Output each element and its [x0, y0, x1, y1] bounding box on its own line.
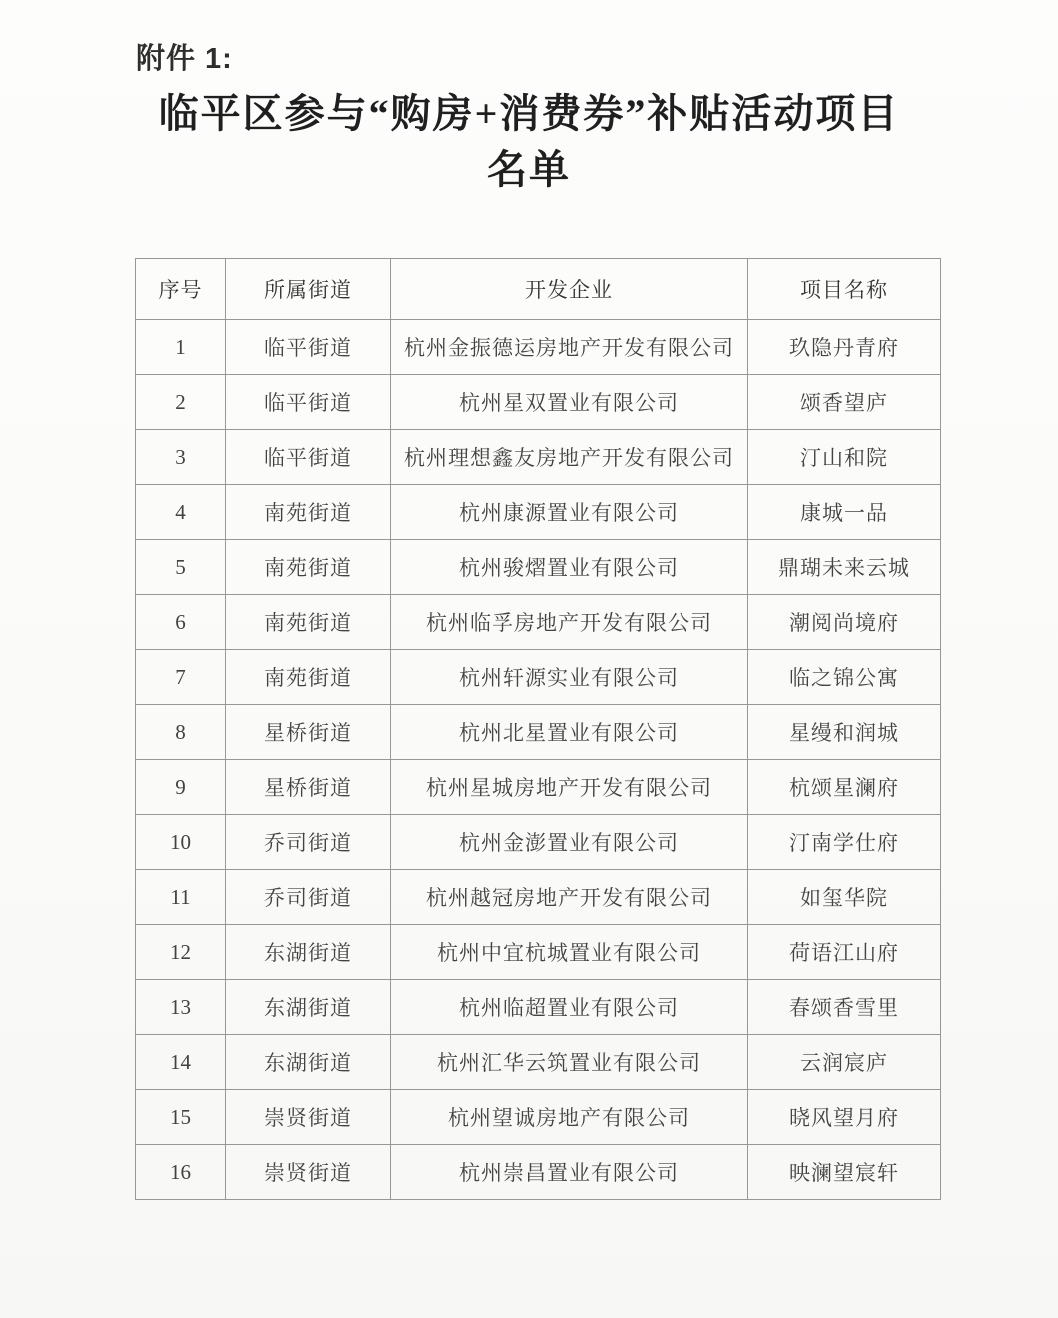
document-title-line1: 临平区参与“购房+消费券”补贴活动项目 — [159, 91, 900, 136]
cell-developer: 杭州轩源实业有限公司 — [391, 650, 748, 705]
header-developer: 开发企业 — [391, 259, 748, 320]
cell-developer: 杭州星城房地产开发有限公司 — [391, 760, 748, 815]
cell-street: 临平街道 — [226, 320, 391, 375]
cell-project: 颂香望庐 — [748, 375, 941, 430]
cell-street: 南苑街道 — [226, 595, 391, 650]
cell-serial: 12 — [136, 925, 226, 980]
cell-serial: 11 — [136, 870, 226, 925]
cell-street: 乔司街道 — [226, 815, 391, 870]
cell-serial: 2 — [136, 375, 226, 430]
cell-developer: 杭州中宜杭城置业有限公司 — [391, 925, 748, 980]
table-row: 12 东湖街道 杭州中宜杭城置业有限公司 荷语江山府 — [136, 925, 941, 980]
cell-developer: 杭州越冠房地产开发有限公司 — [391, 870, 748, 925]
cell-serial: 9 — [136, 760, 226, 815]
cell-project: 如玺华院 — [748, 870, 941, 925]
cell-street: 临平街道 — [226, 430, 391, 485]
cell-street: 东湖街道 — [226, 1035, 391, 1090]
table-row: 15 崇贤街道 杭州望诚房地产有限公司 晓风望月府 — [136, 1090, 941, 1145]
cell-street: 南苑街道 — [226, 650, 391, 705]
cell-developer: 杭州理想鑫友房地产开发有限公司 — [391, 430, 748, 485]
cell-project: 潮阅尚境府 — [748, 595, 941, 650]
cell-developer: 杭州崇昌置业有限公司 — [391, 1145, 748, 1200]
table-row: 16 崇贤街道 杭州崇昌置业有限公司 映澜望宸轩 — [136, 1145, 941, 1200]
cell-project: 康城一品 — [748, 485, 941, 540]
header-serial: 序号 — [136, 259, 226, 320]
cell-serial: 4 — [136, 485, 226, 540]
cell-street: 南苑街道 — [226, 485, 391, 540]
cell-street: 南苑街道 — [226, 540, 391, 595]
table-row: 13 东湖街道 杭州临超置业有限公司 春颂香雪里 — [136, 980, 941, 1035]
cell-developer: 杭州康源置业有限公司 — [391, 485, 748, 540]
cell-project: 鼎瑚未来云城 — [748, 540, 941, 595]
table-row: 14 东湖街道 杭州汇华云筑置业有限公司 云润宸庐 — [136, 1035, 941, 1090]
cell-serial: 8 — [136, 705, 226, 760]
cell-developer: 杭州汇华云筑置业有限公司 — [391, 1035, 748, 1090]
table-body: 1 临平街道 杭州金振德运房地产开发有限公司 玖隐丹青府 2 临平街道 杭州星双… — [136, 320, 941, 1200]
table-row: 11 乔司街道 杭州越冠房地产开发有限公司 如玺华院 — [136, 870, 941, 925]
cell-serial: 1 — [136, 320, 226, 375]
table-header: 序号 所属街道 开发企业 项目名称 — [136, 259, 941, 320]
header-street: 所属街道 — [226, 259, 391, 320]
cell-street: 崇贤街道 — [226, 1145, 391, 1200]
cell-project: 晓风望月府 — [748, 1090, 941, 1145]
table-row: 8 星桥街道 杭州北星置业有限公司 星缦和润城 — [136, 705, 941, 760]
cell-serial: 3 — [136, 430, 226, 485]
cell-serial: 13 — [136, 980, 226, 1035]
cell-developer: 杭州北星置业有限公司 — [391, 705, 748, 760]
table-row: 10 乔司街道 杭州金澎置业有限公司 汀南学仕府 — [136, 815, 941, 870]
cell-street: 星桥街道 — [226, 760, 391, 815]
cell-developer: 杭州临孚房地产开发有限公司 — [391, 595, 748, 650]
cell-project: 汀南学仕府 — [748, 815, 941, 870]
table-header-row: 序号 所属街道 开发企业 项目名称 — [136, 259, 941, 320]
cell-project: 玖隐丹青府 — [748, 320, 941, 375]
cell-street: 东湖街道 — [226, 925, 391, 980]
cell-serial: 6 — [136, 595, 226, 650]
header-project: 项目名称 — [748, 259, 941, 320]
cell-developer: 杭州望诚房地产有限公司 — [391, 1090, 748, 1145]
table-row: 6 南苑街道 杭州临孚房地产开发有限公司 潮阅尚境府 — [136, 595, 941, 650]
cell-street: 崇贤街道 — [226, 1090, 391, 1145]
cell-project: 映澜望宸轩 — [748, 1145, 941, 1200]
cell-serial: 16 — [136, 1145, 226, 1200]
cell-project: 星缦和润城 — [748, 705, 941, 760]
document-title: 临平区参与“购房+消费券”补贴活动项目 名单 — [60, 86, 998, 198]
table-row: 2 临平街道 杭州星双置业有限公司 颂香望庐 — [136, 375, 941, 430]
cell-project: 临之锦公寓 — [748, 650, 941, 705]
table-row: 1 临平街道 杭州金振德运房地产开发有限公司 玖隐丹青府 — [136, 320, 941, 375]
table-row: 9 星桥街道 杭州星城房地产开发有限公司 杭颂星澜府 — [136, 760, 941, 815]
cell-developer: 杭州临超置业有限公司 — [391, 980, 748, 1035]
cell-serial: 7 — [136, 650, 226, 705]
cell-developer: 杭州星双置业有限公司 — [391, 375, 748, 430]
cell-street: 东湖街道 — [226, 980, 391, 1035]
cell-project: 汀山和院 — [748, 430, 941, 485]
cell-street: 乔司街道 — [226, 870, 391, 925]
cell-serial: 5 — [136, 540, 226, 595]
table-row: 5 南苑街道 杭州骏熠置业有限公司 鼎瑚未来云城 — [136, 540, 941, 595]
attachment-label: 附件 1: — [136, 36, 233, 77]
cell-developer: 杭州金澎置业有限公司 — [391, 815, 748, 870]
cell-serial: 10 — [136, 815, 226, 870]
cell-project: 荷语江山府 — [748, 925, 941, 980]
table-row: 3 临平街道 杭州理想鑫友房地产开发有限公司 汀山和院 — [136, 430, 941, 485]
document-page: 附件 1: 临平区参与“购房+消费券”补贴活动项目 名单 序号 所属街道 开发企… — [0, 0, 1058, 1318]
cell-developer: 杭州金振德运房地产开发有限公司 — [391, 320, 748, 375]
project-table: 序号 所属街道 开发企业 项目名称 1 临平街道 杭州金振德运房地产开发有限公司… — [135, 258, 941, 1200]
cell-street: 星桥街道 — [226, 705, 391, 760]
cell-serial: 15 — [136, 1090, 226, 1145]
cell-project: 春颂香雪里 — [748, 980, 941, 1035]
cell-developer: 杭州骏熠置业有限公司 — [391, 540, 748, 595]
cell-project: 杭颂星澜府 — [748, 760, 941, 815]
cell-project: 云润宸庐 — [748, 1035, 941, 1090]
cell-street: 临平街道 — [226, 375, 391, 430]
table-row: 7 南苑街道 杭州轩源实业有限公司 临之锦公寓 — [136, 650, 941, 705]
document-title-line2: 名单 — [487, 147, 571, 192]
table-row: 4 南苑街道 杭州康源置业有限公司 康城一品 — [136, 485, 941, 540]
cell-serial: 14 — [136, 1035, 226, 1090]
